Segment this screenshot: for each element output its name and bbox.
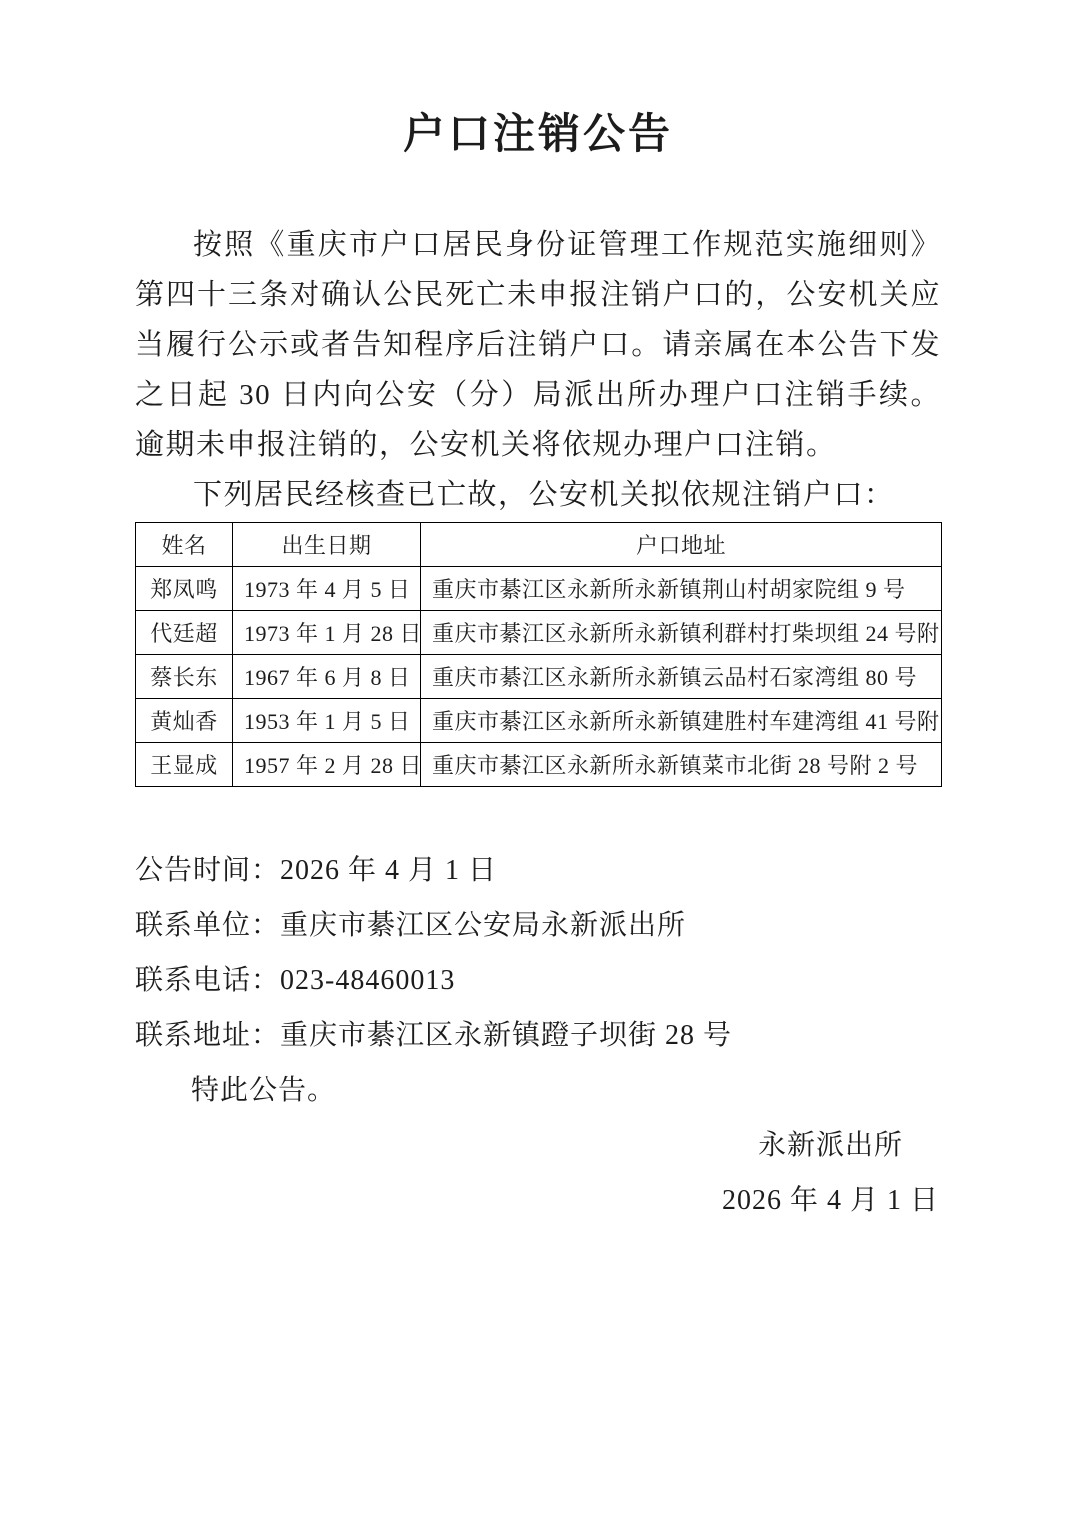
resident-birthdate: 1973 年 1 月 28 日 — [233, 611, 421, 655]
resident-name: 王显成 — [136, 743, 233, 787]
column-header-birthdate: 出生日期 — [233, 523, 421, 567]
resident-name: 黄灿香 — [136, 699, 233, 743]
resident-birthdate: 1957 年 2 月 28 日 — [233, 743, 421, 787]
notice-page: 户口注销公告 按照《重庆市户口居民身份证管理工作规范实施细则》第四十三条对确认公… — [135, 0, 941, 1228]
notice-body: 按照《重庆市户口居民身份证管理工作规范实施细则》第四十三条对确认公民死亡未申报注… — [135, 220, 941, 520]
table-header-row: 姓名 出生日期 户口地址 — [136, 523, 942, 567]
closing-line: 特此公告。 — [135, 1063, 941, 1118]
column-header-name: 姓名 — [136, 523, 233, 567]
contact-address-line: 联系地址：重庆市綦江区永新镇蹬子坝街 28 号 — [135, 1008, 941, 1063]
table-row: 王显成 1957 年 2 月 28 日 重庆市綦江区永新所永新镇菜市北街 28 … — [136, 743, 942, 787]
resident-address: 重庆市綦江区永新所永新镇利群村打柴坝组 24 号附 1 号 — [421, 611, 942, 655]
contact-phone-value: 023-48460013 — [280, 965, 455, 996]
contact-phone-line: 联系电话：023-48460013 — [135, 953, 941, 1008]
table-row: 黄灿香 1953 年 1 月 5 日 重庆市綦江区永新所永新镇建胜村车建湾组 4… — [136, 699, 942, 743]
resident-birthdate: 1967 年 6 月 8 日 — [233, 655, 421, 699]
contact-unit-value: 重庆市綦江区公安局永新派出所 — [280, 910, 686, 941]
resident-address: 重庆市綦江区永新所永新镇建胜村车建湾组 41 号附 1 号 — [421, 699, 942, 743]
table-row: 郑凤鸣 1973 年 4 月 5 日 重庆市綦江区永新所永新镇荆山村胡家院组 9… — [136, 567, 942, 611]
contact-phone-label: 联系电话： — [135, 965, 280, 996]
notice-time-line: 公告时间：2026 年 4 月 1 日 — [135, 843, 941, 898]
signature-date: 2026 年 4 月 1 日 — [722, 1173, 939, 1228]
contact-unit-label: 联系单位： — [135, 910, 280, 941]
resident-name: 蔡长东 — [136, 655, 233, 699]
resident-address: 重庆市綦江区永新所永新镇菜市北街 28 号附 2 号 — [421, 743, 942, 787]
resident-name: 郑凤鸣 — [136, 567, 233, 611]
intro-paragraph: 下列居民经核查已亡故，公安机关拟依规注销户口： — [135, 470, 941, 520]
contact-unit-line: 联系单位：重庆市綦江区公安局永新派出所 — [135, 898, 941, 953]
column-header-address: 户口地址 — [421, 523, 942, 567]
resident-birthdate: 1953 年 1 月 5 日 — [233, 699, 421, 743]
signature-block: 永新派出所 2026 年 4 月 1 日 — [135, 1118, 941, 1228]
table-row: 代廷超 1973 年 1 月 28 日 重庆市綦江区永新所永新镇利群村打柴坝组 … — [136, 611, 942, 655]
resident-name: 代廷超 — [136, 611, 233, 655]
notice-time-value: 2026 年 4 月 1 日 — [280, 855, 497, 886]
page-title: 户口注销公告 — [135, 0, 941, 166]
resident-table: 姓名 出生日期 户口地址 郑凤鸣 1973 年 4 月 5 日 重庆市綦江区永新… — [135, 522, 942, 787]
main-paragraph: 按照《重庆市户口居民身份证管理工作规范实施细则》第四十三条对确认公民死亡未申报注… — [135, 220, 941, 470]
resident-birthdate: 1973 年 4 月 5 日 — [233, 567, 421, 611]
signature-org: 永新派出所 — [722, 1118, 939, 1173]
notice-footer: 公告时间：2026 年 4 月 1 日 联系单位：重庆市綦江区公安局永新派出所 … — [135, 843, 941, 1228]
contact-address-label: 联系地址： — [135, 1020, 280, 1051]
resident-address: 重庆市綦江区永新所永新镇云品村石家湾组 80 号 — [421, 655, 942, 699]
contact-address-value: 重庆市綦江区永新镇蹬子坝街 28 号 — [280, 1020, 732, 1051]
table-row: 蔡长东 1967 年 6 月 8 日 重庆市綦江区永新所永新镇云品村石家湾组 8… — [136, 655, 942, 699]
notice-time-label: 公告时间： — [135, 855, 280, 886]
resident-address: 重庆市綦江区永新所永新镇荆山村胡家院组 9 号 — [421, 567, 942, 611]
